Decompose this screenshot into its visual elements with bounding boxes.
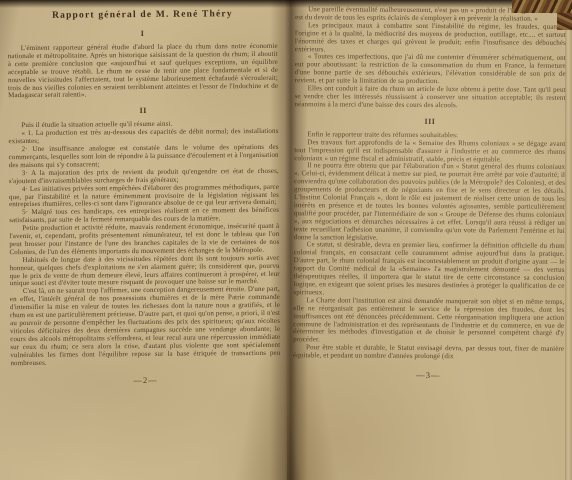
section-heading-i: I [8,28,278,39]
paragraph: Habitués de longue date à des vicissitud… [10,255,280,289]
paragraph: Des travaux fort approfondis de la « Sem… [294,139,565,164]
page-title: Rapport général de M. René Théry [7,9,277,21]
paragraph: C'est là, on ne saurait trop l'affirmer,… [10,286,281,367]
marbled-cover-edge [512,0,572,13]
paragraph: Elles ont conduit à faire du rhum un art… [295,85,566,110]
paragraph: Pour être stable et durable, le Statut e… [293,344,564,361]
page-number-right: —3— [293,369,564,381]
section-heading-iii: III [294,116,565,127]
right-page-content: Une pareille éventualité malheureusement… [293,6,566,381]
paragraph: « Toutes ces imperfections, que j'ai dû … [295,54,566,87]
paragraph: L'éminent rapporteur général étudie d'ab… [8,43,278,101]
paragraph: Les principaux maux à combattre sont l'i… [295,22,566,55]
paragraph: La Charte dont l'institution est ainsi d… [293,297,564,346]
marbled-cover-edge [557,13,572,30]
left-page-content: Rapport général de M. René Théry I L'émi… [7,9,280,387]
paragraph: Il ne pourra être obtenu que par l'élabo… [294,163,565,244]
paragraph: 2· Une insuffisance analogue est constat… [9,144,279,170]
section-heading-ii: II [8,105,278,116]
book-spread: Rapport général de M. René Théry I L'émi… [0,0,572,480]
paragraph: Ce statut, si désirable, devra en premie… [293,242,564,299]
paragraph: Petite production et activité réduite, m… [9,223,279,257]
